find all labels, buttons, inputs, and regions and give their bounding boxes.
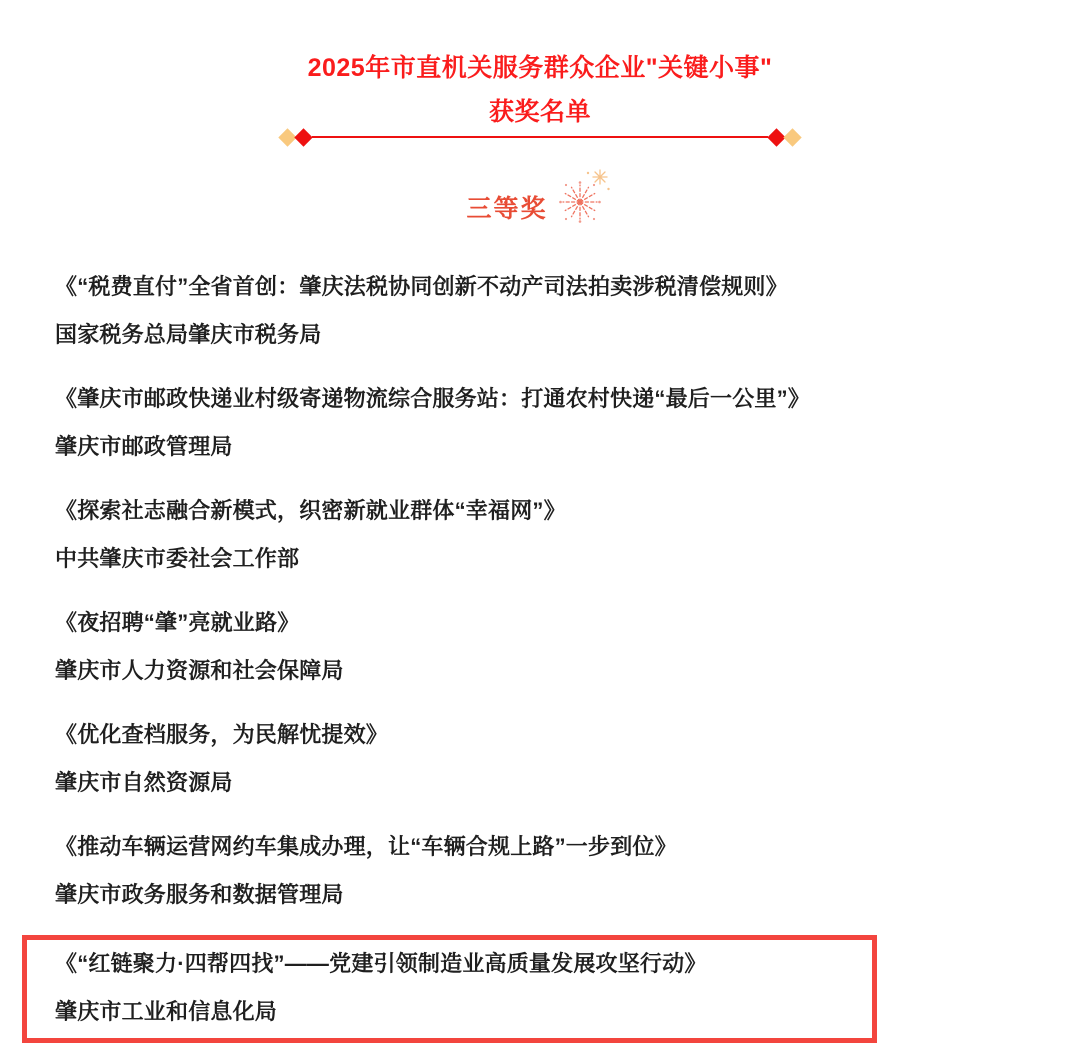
award-entry: 《“税费直付”全省首创：肇庆法税协同创新不动产司法拍卖涉税清偿规则》 国家税务总… [55,263,1080,359]
award-entry: 《“红链聚力·四帮四找”——党建引领制造业高质量发展攻坚行动》 肇庆市工业和信息… [55,940,862,1036]
award-org: 肇庆市政务服务和数据管理局 [55,871,1080,919]
highlighted-entry-box: 《“红链聚力·四帮四找”——党建引领制造业高质量发展攻坚行动》 肇庆市工业和信息… [22,935,877,1043]
prize-tier-label: 三等奖 [466,194,547,224]
award-org: 肇庆市工业和信息化局 [55,988,862,1036]
diamond-icon [294,128,312,146]
award-title: 《肇庆市邮政快递业村级寄递物流综合服务站：打通农村快递“最后一公里”》 [55,375,1080,423]
divider-line [312,136,768,138]
section-header: 三等奖 [0,194,1080,224]
award-title: 《探索社志融合新模式，织密新就业群体“幸福网”》 [55,487,1080,535]
award-list: 《“税费直付”全省首创：肇庆法税协同创新不动产司法拍卖涉税清偿规则》 国家税务总… [0,263,1080,1043]
award-org: 肇庆市人力资源和社会保障局 [55,647,1080,695]
award-title: 《优化查档服务，为民解忧提效》 [55,711,1080,759]
award-title: 《“税费直付”全省首创：肇庆法税协同创新不动产司法拍卖涉税清偿规则》 [55,263,1080,311]
decorative-divider [0,130,1080,144]
award-title: 《“红链聚力·四帮四找”——党建引领制造业高质量发展攻坚行动》 [55,940,862,988]
award-entry: 《夜招聘“肇”亮就业路》 肇庆市人力资源和社会保障局 [55,599,1080,695]
award-org: 国家税务总局肇庆市税务局 [55,311,1080,359]
award-title: 《推动车辆运营网约车集成办理，让“车辆合规上路”一步到位》 [55,823,1080,871]
award-announcement-page: 2025年市直机关服务群众企业"关键小事" 获奖名单 三等奖 [0,0,1080,1060]
page-title-line-2: 获奖名单 [0,98,1080,126]
award-org: 中共肇庆市委社会工作部 [55,535,1080,583]
page-title-line-1: 2025年市直机关服务群众企业"关键小事" [0,0,1080,82]
award-title: 《夜招聘“肇”亮就业路》 [55,599,1080,647]
award-org: 肇庆市自然资源局 [55,759,1080,807]
award-entry: 《肇庆市邮政快递业村级寄递物流综合服务站：打通农村快递“最后一公里”》 肇庆市邮… [55,375,1080,471]
fireworks-icon [550,165,614,227]
award-entry: 《优化查档服务，为民解忧提效》 肇庆市自然资源局 [55,711,1080,807]
award-entry: 《推动车辆运营网约车集成办理，让“车辆合规上路”一步到位》 肇庆市政务服务和数据… [55,823,1080,919]
award-entry: 《探索社志融合新模式，织密新就业群体“幸福网”》 中共肇庆市委社会工作部 [55,487,1080,583]
award-org: 肇庆市邮政管理局 [55,423,1080,471]
diamond-icon [783,128,801,146]
